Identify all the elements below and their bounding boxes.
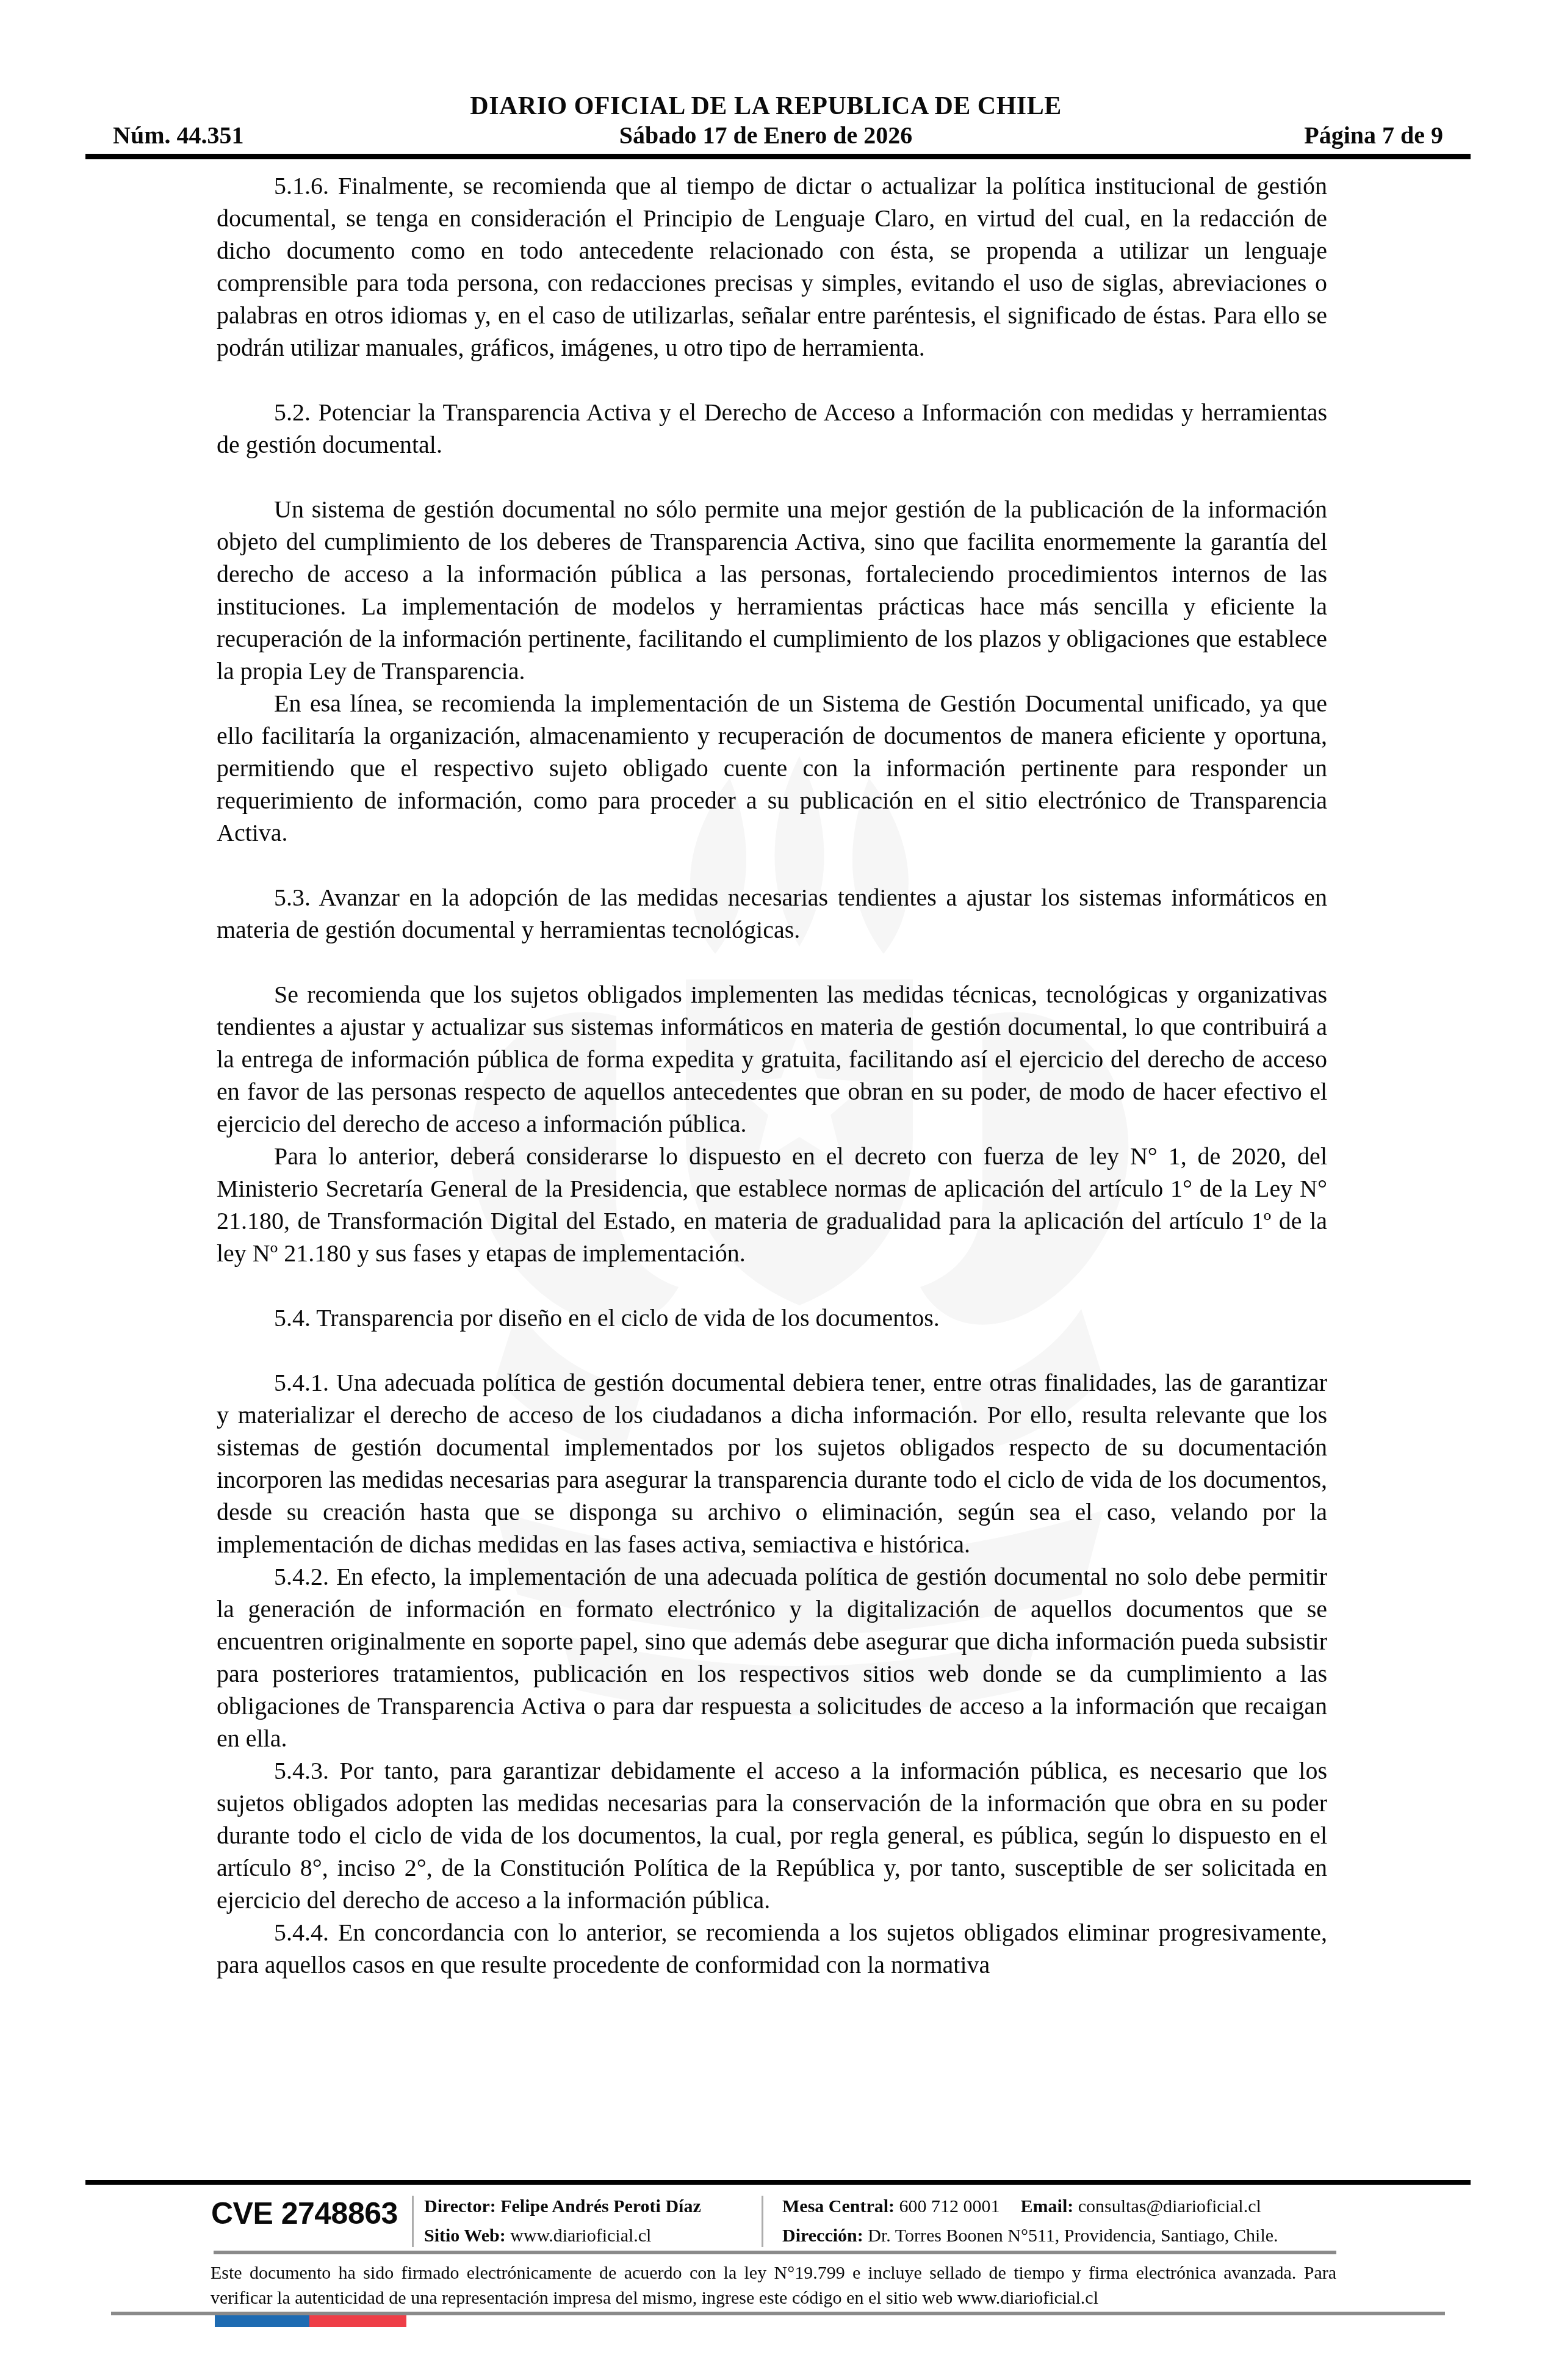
website-value: www.diarioficial.cl bbox=[510, 2226, 651, 2246]
masthead-title: DIARIO OFICIAL DE LA REPUBLICA DE CHILE bbox=[0, 92, 1532, 121]
flag-mark-red bbox=[309, 2315, 406, 2327]
address-value: Dr. Torres Boonen N°511, Providencia, Sa… bbox=[868, 2226, 1278, 2246]
header-meta-row: Núm. 44.351 Sábado 17 de Enero de 2026 P… bbox=[0, 121, 1556, 150]
paragraph-se-recomienda: Se recomienda que los sujetos obligados … bbox=[217, 978, 1327, 1140]
paragraph-5-4: 5.4. Transparencia por diseño en el cicl… bbox=[217, 1302, 1327, 1334]
paragraph-5-4-1: 5.4.1. Una adecuada política de gestión … bbox=[217, 1366, 1327, 1560]
director-line: Director: Felipe Andrés Peroti Díaz bbox=[424, 2192, 701, 2221]
paragraph-5-1-6: 5.1.6. Finalmente, se recomienda que al … bbox=[217, 170, 1327, 364]
website-line: Sitio Web: www.diarioficial.cl bbox=[424, 2221, 701, 2251]
page-indicator: Página 7 de 9 bbox=[1304, 121, 1443, 150]
cve-code: CVE 2748863 bbox=[211, 2196, 398, 2231]
director-label: Director: bbox=[424, 2196, 496, 2216]
flag-mark-blue bbox=[215, 2315, 309, 2327]
phone-label: Mesa Central: bbox=[782, 2196, 895, 2216]
paragraph-para-lo-anterior: Para lo anterior, deberá considerarse lo… bbox=[217, 1140, 1327, 1269]
paragraph-5-3: 5.3. Avanzar en la adopción de las medid… bbox=[217, 881, 1327, 946]
footer-rule-mid bbox=[214, 2251, 1336, 2254]
paragraph-5-2: 5.2. Potenciar la Transparencia Activa y… bbox=[217, 396, 1327, 461]
footer-director-column: Director: Felipe Andrés Peroti Díaz Siti… bbox=[424, 2192, 701, 2251]
phone-value: 600 712 0001 bbox=[899, 2196, 1000, 2216]
edition-date: Sábado 17 de Enero de 2026 bbox=[0, 121, 1532, 150]
paragraph-5-4-2: 5.4.2. En efecto, la implementación de u… bbox=[217, 1560, 1327, 1754]
gazette-page: DIARIO OFICIAL DE LA REPUBLICA DE CHILE … bbox=[0, 0, 1556, 2380]
website-label: Sitio Web: bbox=[424, 2226, 506, 2246]
director-name: Felipe Andrés Peroti Díaz bbox=[500, 2196, 701, 2216]
paragraph-en-esa-linea: En esa línea, se recomienda la implement… bbox=[217, 687, 1327, 849]
address-label: Dirección: bbox=[782, 2226, 863, 2246]
footer-divider bbox=[762, 2196, 763, 2247]
address-line: Dirección: Dr. Torres Boonen N°511, Prov… bbox=[782, 2221, 1278, 2251]
document-body: 5.1.6. Finalmente, se recomienda que al … bbox=[217, 170, 1327, 1981]
footer-contact-column: Mesa Central: 600 712 0001Email: consult… bbox=[782, 2192, 1278, 2251]
footer-rule-top bbox=[85, 2180, 1471, 2185]
paragraph-sistema: Un sistema de gestión documental no sólo… bbox=[217, 493, 1327, 687]
paragraph-5-4-4: 5.4.4. En concordancia con lo anterior, … bbox=[217, 1916, 1327, 1981]
footer-divider bbox=[412, 2196, 414, 2247]
header-rule bbox=[85, 154, 1471, 159]
paragraph-5-4-3: 5.4.3. Por tanto, para garantizar debida… bbox=[217, 1754, 1327, 1916]
email-value: consultas@diarioficial.cl bbox=[1078, 2196, 1261, 2216]
phone-email-line: Mesa Central: 600 712 0001Email: consult… bbox=[782, 2192, 1278, 2221]
legal-notice: Este documento ha sido firmado electróni… bbox=[211, 2260, 1336, 2310]
email-label: Email: bbox=[1021, 2196, 1074, 2216]
